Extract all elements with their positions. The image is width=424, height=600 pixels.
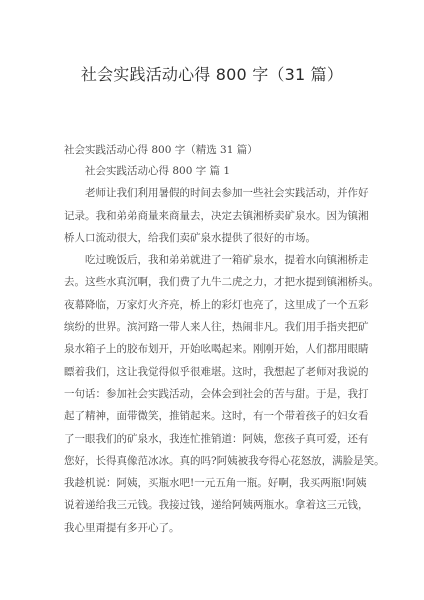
paragraph-line: 夜幕降临，万家灯火齐亮，桥上的彩灯也亮了，这里成了一个五彩	[64, 294, 364, 316]
paragraph-line: 泉水箱子上的胶布划开，开始吆喝起来。刚刚开始，人们都用眼睛	[64, 338, 364, 360]
document-body: 社会实践活动心得 800 字（精选 31 篇） 社会实践活动心得 800 字 篇…	[64, 139, 364, 539]
paragraph-line: 一句话：参加社会实践活动，会体会到社会的苦与甜。于是，我打	[64, 383, 364, 405]
paragraph-line: 老师让我们利用暑假的时间去参加一些社会实践活动，并作好	[64, 182, 364, 204]
paragraph-line: 去。这些水真沉啊，我们费了九牛二虎之力，才把水提到镇湘桥头。	[64, 271, 364, 293]
paragraph-line: 说着递给我三元钱。我接过钱，递给阿姨两瓶水。拿着这三元钱，	[64, 494, 364, 516]
section-title: 社会实践活动心得 800 字 篇 1	[64, 160, 364, 182]
document-page: 社会实践活动心得 800 字（31 篇） 社会实践活动心得 800 字（精选 3…	[0, 0, 424, 600]
paragraph-line: 您好，长得真像范冰冰。真的吗?阿姨被我夸得心花怒放，满脸是笑。	[64, 450, 364, 472]
paragraph-line: 起了精神，面带微笑，推销起来。这时，有一个带着孩子的妇女看	[64, 405, 364, 427]
document-heading: 社会实践活动心得 800 字（精选 31 篇）	[64, 139, 364, 160]
paragraph-line: 了一眼我们的矿泉水，我连忙推销道：阿姨，您孩子真可爱，还有	[64, 428, 364, 450]
paragraph-line: 吃过晚饭后，我和弟弟就进了一箱矿泉水，提着水向镇湘桥走	[64, 249, 364, 271]
paragraph-line: 缤纷的世界。滨河路一带人来人往，热闹非凡。我们用手指夹把矿	[64, 316, 364, 338]
document-title: 社会实践活动心得 800 字（31 篇）	[0, 64, 424, 86]
paragraph-line: 我心里甭提有多开心了。	[64, 517, 364, 539]
paragraph-line: 记录。我和弟弟商量来商量去，决定去镇湘桥卖矿泉水。因为镇湘	[64, 205, 364, 227]
paragraph-line: 瞟着我们，这让我觉得似乎很难堪。这时，我想起了老师对我说的	[64, 361, 364, 383]
paragraph-line: 我趁机说：阿姨，买瓶水吧!一元五角一瓶。好啊，我买两瓶!阿姨	[64, 472, 364, 494]
paragraph-line: 桥人口流动很大，给我们卖矿泉水提供了很好的市场。	[64, 227, 364, 249]
